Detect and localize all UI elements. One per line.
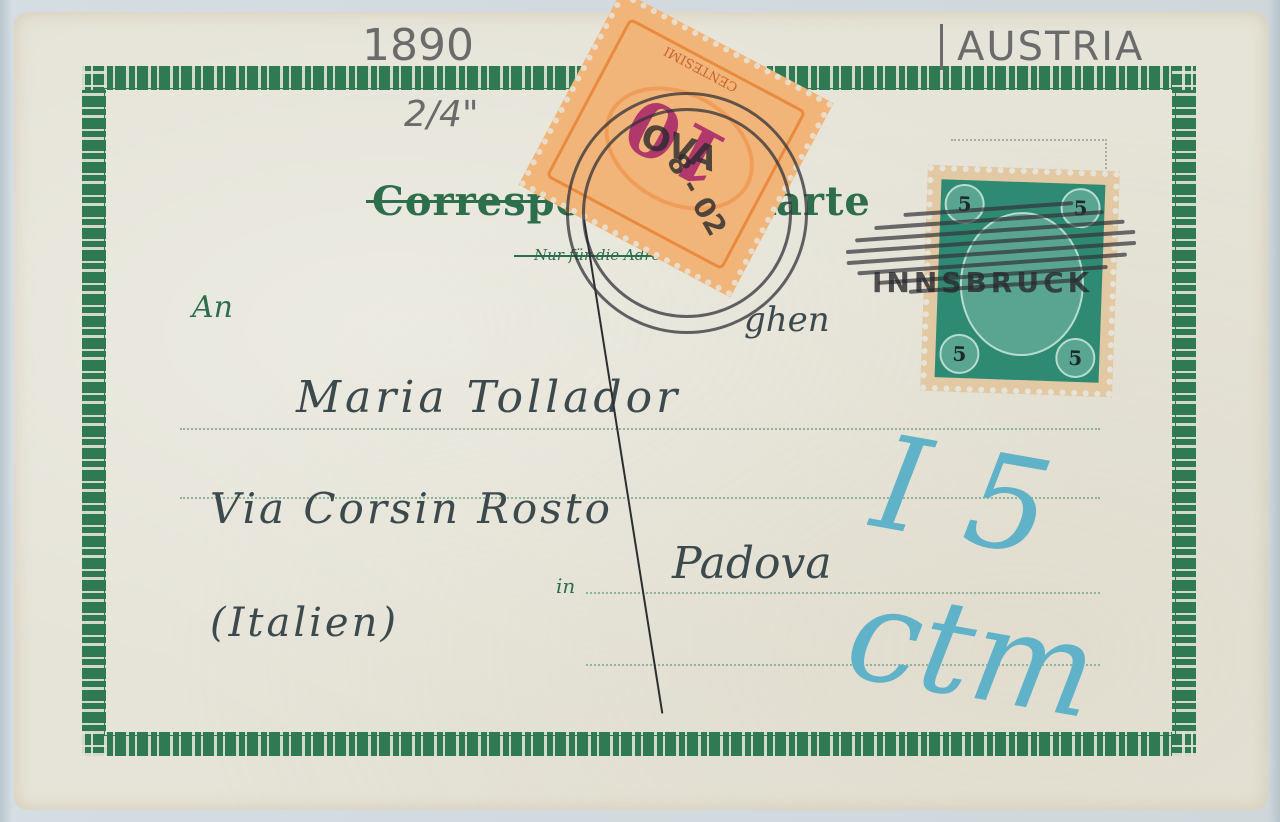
recipient-name: Maria Tollador bbox=[296, 372, 681, 423]
pencil-fraction: 2/4" bbox=[404, 94, 479, 135]
recipient-country: (Italien) bbox=[210, 600, 399, 646]
pencil-year: 1890 bbox=[362, 20, 474, 71]
recipient-street: Via Corsin Rosto bbox=[210, 484, 613, 533]
to-label: An bbox=[192, 290, 233, 325]
innsbruck-postmark-text: INNSBRUCK bbox=[872, 266, 1093, 299]
recipient-city: Padova bbox=[672, 538, 832, 589]
in-label: in bbox=[556, 574, 575, 598]
pencil-country: AUSTRIA bbox=[940, 24, 1144, 70]
